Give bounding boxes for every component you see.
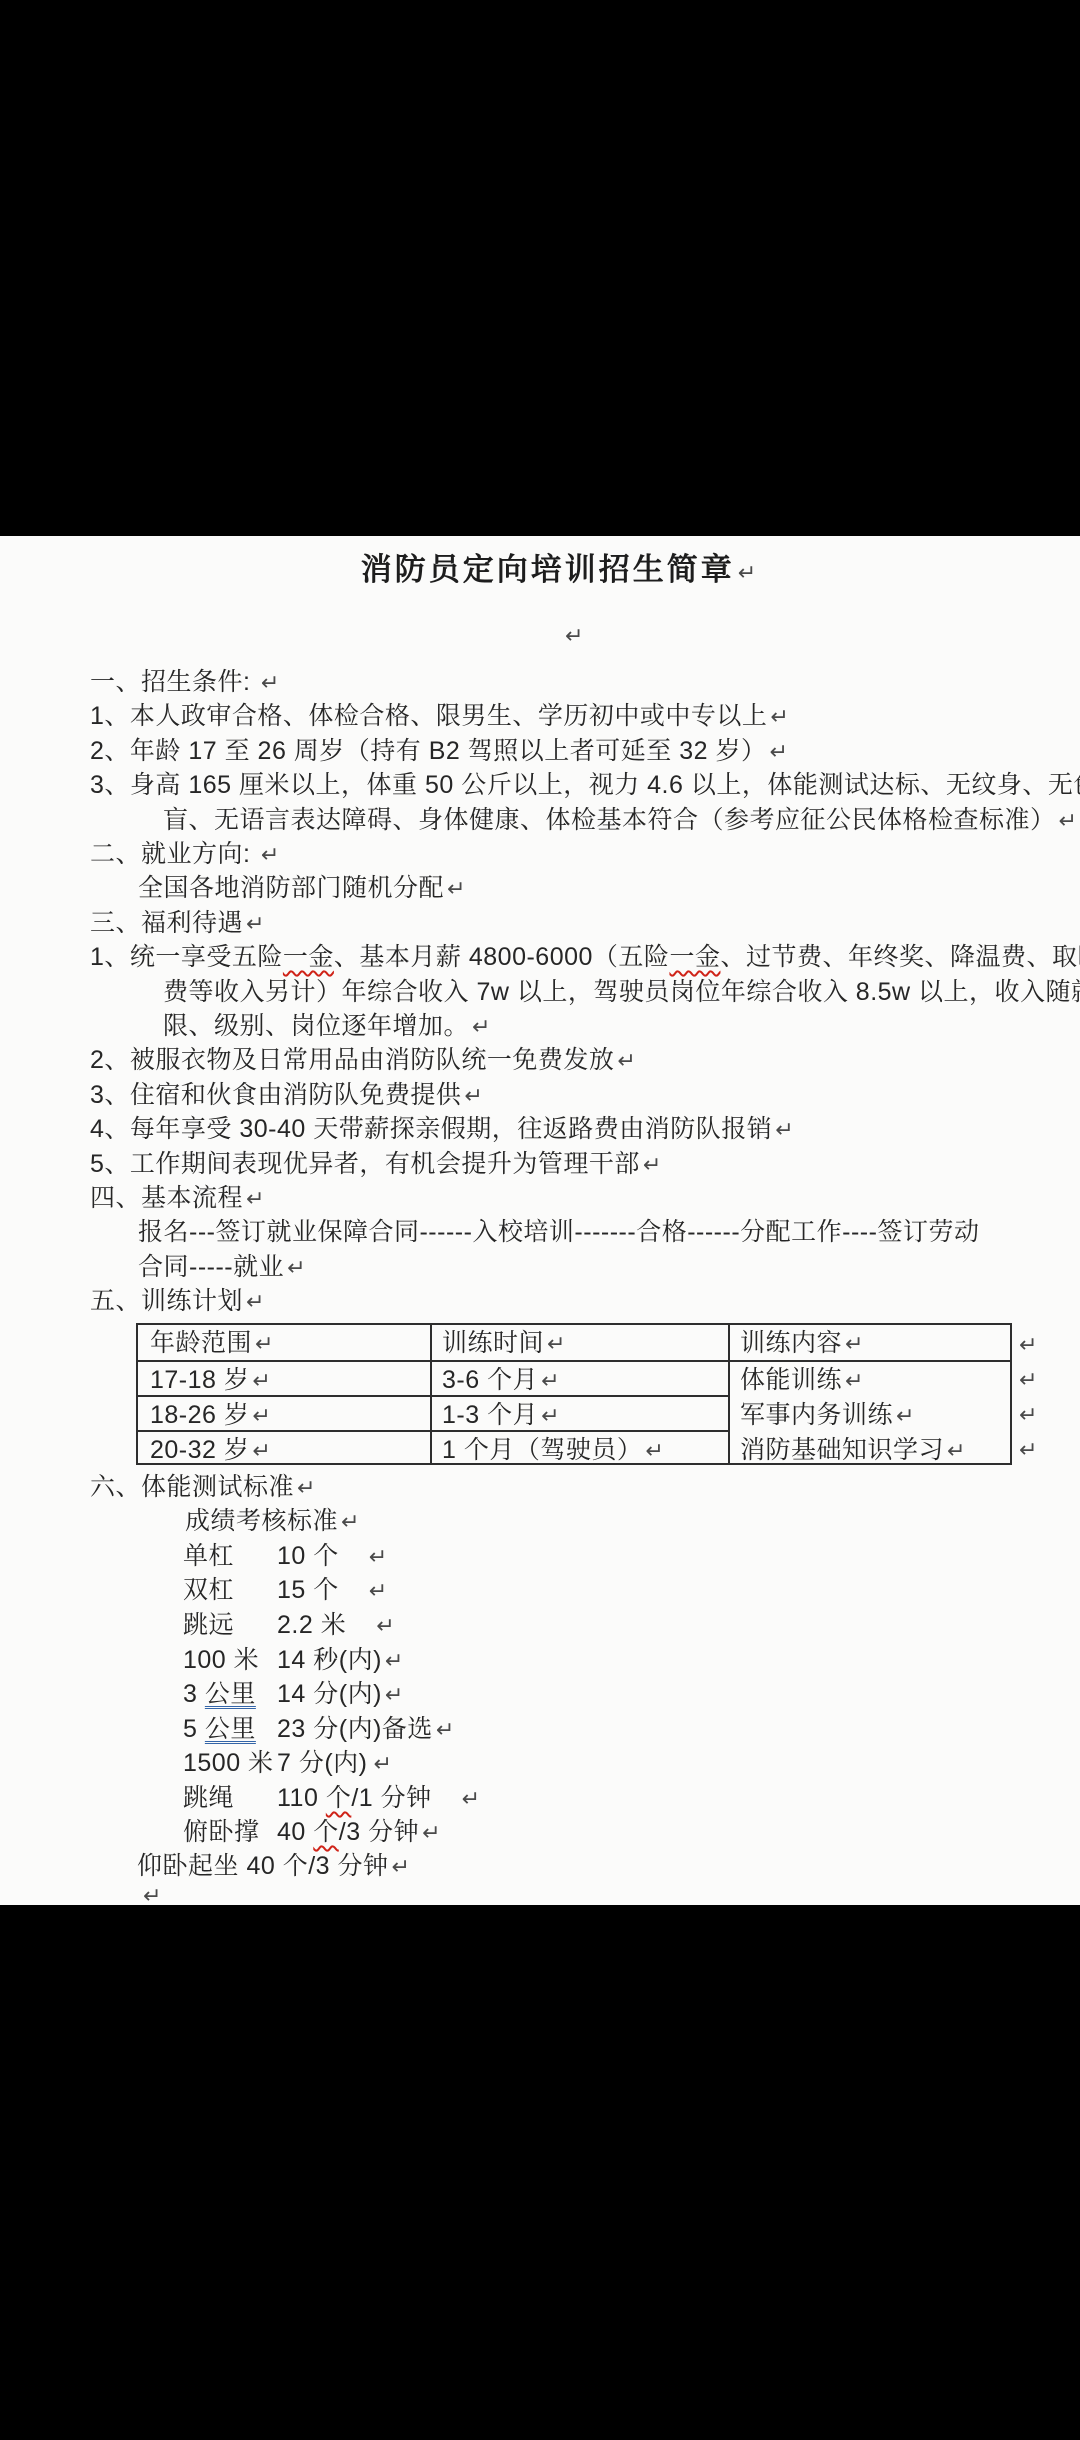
table-cell-text: 体能训练 [740, 1366, 842, 1394]
doc-line-text: 全国各地消防部门随机分配 [138, 874, 444, 902]
pilcrow-mark: ↵ [1016, 1402, 1038, 1427]
standard-name: 1500 米 [183, 1746, 277, 1780]
spellcheck-squiggle-text: 个 [313, 1818, 339, 1846]
standard-name: 单杠 [183, 1539, 277, 1573]
table-cell: 3-6 个月↵ [442, 1364, 560, 1397]
pilcrow-mark: ↵ [382, 1648, 404, 1673]
standard-name-text: 俯卧撑 [183, 1818, 260, 1846]
standard-value: 110 [277, 1784, 326, 1812]
table-merged-cell: 军事内务训练↵ [740, 1399, 915, 1432]
standard-name-text: 跳远 [183, 1611, 234, 1639]
pilcrow-mark: ↵ [433, 1717, 455, 1742]
table-header-cell: 年龄范围↵ [150, 1327, 274, 1360]
table-header-cell: 训练时间↵ [442, 1327, 566, 1360]
doc-line: 二、就业方向: ↵ [90, 837, 280, 872]
standard-item: 双杠15 个↵ [183, 1573, 388, 1608]
standard-name: 5 公里 [183, 1712, 277, 1746]
doc-line: 四、基本流程↵ [90, 1181, 265, 1216]
standard-value: 10 个 [277, 1542, 339, 1570]
doc-line-text: 六、体能测试标准 [90, 1473, 294, 1501]
doc-line: 3、身高 165 厘米以上，体重 50 公斤以上，视力 4.6 以上，体能测试达… [90, 768, 1080, 802]
table-cell-text: 军事内务训练 [740, 1401, 893, 1429]
page-title-text: 消防员定向培训招生简章 [361, 552, 735, 587]
standard-value: 14 秒(内) [277, 1646, 382, 1674]
doc-line-text: 、过节费、年终奖、降温费、取暖 [720, 943, 1080, 971]
pilcrow-mark: ↵ [1056, 808, 1078, 833]
pilcrow-mark: ↵ [538, 1403, 560, 1428]
pilcrow-mark: ↵ [243, 1186, 265, 1211]
document-page: 消防员定向培训招生简章↵ ↵ 一、招生条件: ↵ 1、本人政审合格、体检合格、限… [0, 536, 1080, 1905]
table-row-end-mark: ↵ [1016, 1432, 1038, 1467]
doc-line: 费等收入另计）年综合收入 7w 以上，驾驶员岗位年综合收入 8.5w 以上，收入… [163, 975, 1080, 1009]
pilcrow-mark: ↵ [562, 623, 584, 648]
table-cell: 1-3 个月↵ [442, 1399, 560, 1432]
table-cell: 20-32 岁↵ [150, 1434, 271, 1467]
doc-line: 2、年龄 17 至 26 周岁（持有 B2 驾照以上者可延至 32 岁）↵ [90, 734, 788, 769]
training-plan-table: 年龄范围↵ 训练时间↵ 训练内容↵ 17-18 岁↵ 3-6 个月↵ 18-26… [136, 1323, 1012, 1465]
standard-value: 2.2 米 [277, 1611, 346, 1639]
empty-paragraph: ↵ [562, 618, 584, 653]
standard-name: 跳远 [183, 1608, 277, 1642]
doc-line-text: 2、年龄 17 至 26 周岁（持有 B2 驾照以上者可延至 32 岁） [90, 737, 766, 765]
pilcrow-mark: ↵ [249, 1438, 271, 1463]
table-row-end-mark: ↵ [1016, 1362, 1038, 1397]
doc-line: 5、工作期间表现优异者，有机会提升为管理干部↵ [90, 1147, 662, 1182]
doc-line: 限、级别、岗位逐年增加。↵ [163, 1009, 491, 1044]
spellcheck-squiggle-text: 个 [326, 1784, 352, 1812]
pilcrow-mark: ↵ [294, 1475, 316, 1500]
table-merged-cell: 消防基础知识学习↵ [740, 1434, 966, 1467]
doc-line: 全国各地消防部门随机分配↵ [138, 871, 466, 906]
doc-line-text: 盲、无语言表达障碍、身体健康、体检基本符合（参考应征公民体格检查标准） [163, 806, 1056, 834]
doc-line-text: 5、工作期间表现优异者，有机会提升为管理干部 [90, 1150, 640, 1178]
table-cell: 18-26 岁↵ [150, 1399, 271, 1432]
doc-line-welfare: 1、统一享受五险一金、基本月薪 4800-6000（五险一金、过节费、年终奖、降… [90, 940, 1080, 974]
table-header-text: 训练时间 [442, 1329, 544, 1357]
pilcrow-mark: ↵ [461, 1083, 483, 1108]
pilcrow-mark: ↵ [944, 1438, 966, 1463]
doc-line-text: 三、福利待遇 [90, 909, 243, 937]
pilcrow-mark: ↵ [258, 670, 280, 695]
table-cell-text: 18-26 岁 [150, 1401, 249, 1429]
standard-item: 1500 米7 分(内)↵ [183, 1746, 392, 1781]
standard-item: 100 米14 秒(内)↵ [183, 1643, 404, 1678]
pilcrow-mark: ↵ [249, 1368, 271, 1393]
standard-name-text: 仰卧起坐 40 个/3 分钟 [137, 1852, 389, 1880]
table-cell-text: 1 个月（驾驶员） [442, 1436, 642, 1464]
standard-item: 5 公里23 分(内)备选↵ [183, 1712, 455, 1747]
standard-value: 40 [277, 1818, 313, 1846]
doc-line-text: 费等收入另计）年综合收入 7w 以上，驾驶员岗位年综合收入 8.5w 以上，收入… [163, 978, 1080, 1006]
doc-line: 五、训练计划↵ [90, 1284, 265, 1319]
standard-value: 14 分(内) [277, 1680, 382, 1708]
pilcrow-mark: ↵ [419, 1820, 441, 1845]
pilcrow-mark: ↵ [544, 1331, 566, 1356]
doc-line-text: 1、本人政审合格、体检合格、限男生、学历初中或中专以上 [90, 702, 767, 730]
table-row-end-mark: ↵ [1016, 1327, 1038, 1362]
doc-line-text: 合同-----就业 [138, 1253, 284, 1281]
table-header-text: 年龄范围 [150, 1329, 252, 1357]
table-row-end-mark: ↵ [1016, 1397, 1038, 1432]
doc-line-text: 1、统一享受五险 [90, 943, 283, 971]
spellcheck-squiggle-text: 一金 [283, 943, 334, 971]
standard-item: 俯卧撑40 个/3 分钟↵ [183, 1815, 441, 1850]
doc-line-text: 二、就业方向: [90, 840, 258, 868]
pilcrow-mark: ↵ [252, 1331, 274, 1356]
table-cell-text: 消防基础知识学习 [740, 1436, 944, 1464]
pilcrow-mark: ↵ [444, 876, 466, 901]
doc-line: 3、住宿和伙食由消防队免费提供↵ [90, 1078, 483, 1113]
pilcrow-mark: ↵ [842, 1331, 864, 1356]
pilcrow-mark: ↵ [368, 1751, 393, 1776]
pilcrow-mark: ↵ [258, 842, 280, 867]
doc-line-text: 四、基本流程 [90, 1184, 243, 1212]
table-header-cell: 训练内容↵ [740, 1327, 864, 1360]
pilcrow-mark: ↵ [346, 1613, 395, 1638]
standard-name: 俯卧撑 [183, 1815, 277, 1849]
pilcrow-mark: ↵ [735, 560, 759, 585]
table-cell-text: 20-32 岁 [150, 1436, 249, 1464]
standard-name-text: 跳绳 [183, 1784, 234, 1812]
doc-line-text: 五、训练计划 [90, 1287, 243, 1315]
table-cell-text: 3-6 个月 [442, 1366, 538, 1394]
standard-value: /1 分钟 [351, 1784, 431, 1812]
doc-line: 报名---签订就业保障合同------入校培训-------合格------分配… [138, 1215, 979, 1249]
pilcrow-mark: ↵ [284, 1255, 306, 1280]
pilcrow-mark: ↵ [766, 739, 788, 764]
doc-line: 三、福利待遇↵ [90, 906, 265, 941]
doc-line: 成绩考核标准↵ [185, 1504, 360, 1539]
standard-item: 3 公里14 分(内)↵ [183, 1677, 404, 1712]
doc-line: 4、每年享受 30-40 天带薪探亲假期，往返路费由消防队报销↵ [90, 1112, 794, 1147]
pilcrow-mark: ↵ [614, 1048, 636, 1073]
doc-line: 2、被服衣物及日常用品由消防队统一免费发放↵ [90, 1043, 636, 1078]
standard-name: 跳绳 [183, 1781, 277, 1815]
standard-name-text: 单杠 [183, 1542, 234, 1570]
table-border-horizontal [138, 1360, 1010, 1362]
standard-name-text: 5 [183, 1715, 205, 1743]
pilcrow-mark: ↵ [339, 1578, 388, 1603]
pilcrow-mark: ↵ [893, 1403, 915, 1428]
pilcrow-mark: ↵ [538, 1368, 560, 1393]
empty-paragraph: ↵ [140, 1878, 162, 1913]
standard-item: 跳绳110 个/1 分钟↵ [183, 1781, 481, 1816]
pilcrow-mark: ↵ [249, 1403, 271, 1428]
pilcrow-mark: ↵ [767, 704, 789, 729]
table-cell-text: 17-18 岁 [150, 1366, 249, 1394]
standard-name-text: 双杠 [183, 1576, 234, 1604]
table-header-text: 训练内容 [740, 1329, 842, 1357]
doc-line-text: 报名---签订就业保障合同------入校培训-------合格------分配… [138, 1218, 979, 1246]
doc-line: 盲、无语言表达障碍、身体健康、体检基本符合（参考应征公民体格检查标准）↵ [163, 803, 1077, 838]
pilcrow-mark: ↵ [772, 1117, 794, 1142]
pilcrow-mark: ↵ [469, 1014, 491, 1039]
table-cell-text: 1-3 个月 [442, 1401, 538, 1429]
pilcrow-mark: ↵ [642, 1438, 664, 1463]
pilcrow-mark: ↵ [382, 1682, 404, 1707]
doc-line: 合同-----就业↵ [138, 1250, 306, 1285]
pilcrow-mark: ↵ [389, 1854, 411, 1879]
pilcrow-mark: ↵ [1016, 1367, 1038, 1392]
doc-line-text: 一、招生条件: [90, 668, 258, 696]
doc-line-text: 、基本月薪 4800-6000（五险 [334, 943, 670, 971]
pilcrow-mark: ↵ [338, 1509, 360, 1534]
standard-value: 7 分(内) [277, 1749, 368, 1777]
page-title: 消防员定向培训招生简章↵ [0, 544, 1080, 589]
doc-line-text: 限、级别、岗位逐年增加。 [163, 1012, 469, 1040]
doc-line-text: 成绩考核标准 [185, 1507, 338, 1535]
doc-line-text: 3、身高 165 厘米以上，体重 50 公斤以上，视力 4.6 以上，体能测试达… [90, 771, 1080, 799]
pilcrow-mark: ↵ [339, 1544, 388, 1569]
pilcrow-mark: ↵ [640, 1152, 662, 1177]
pilcrow-mark: ↵ [243, 911, 265, 936]
standard-name-text: 3 [183, 1680, 205, 1708]
table-border-vertical [430, 1325, 432, 1463]
table-cell: 1 个月（驾驶员）↵ [442, 1434, 664, 1467]
pilcrow-mark: ↵ [432, 1786, 481, 1811]
pilcrow-mark: ↵ [1016, 1437, 1038, 1462]
standard-value: 23 分(内)备选 [277, 1715, 433, 1743]
doc-line: 1、本人政审合格、体检合格、限男生、学历初中或中专以上↵ [90, 699, 789, 734]
pilcrow-mark: ↵ [140, 1883, 162, 1908]
doc-line-text: 3、住宿和伙食由消防队免费提供 [90, 1081, 461, 1109]
standard-name: 双杠 [183, 1573, 277, 1607]
standard-value: /3 分钟 [339, 1818, 419, 1846]
standard-name-text: 100 米 [183, 1646, 259, 1674]
doc-line-text: 2、被服衣物及日常用品由消防队统一免费发放 [90, 1046, 614, 1074]
standard-item: 跳远2.2 米↵ [183, 1608, 395, 1643]
grammar-underline-text: 公里 [205, 1680, 256, 1708]
standard-name: 3 公里 [183, 1677, 277, 1711]
doc-line: 六、体能测试标准↵ [90, 1470, 316, 1505]
standard-item: 仰卧起坐 40 个/3 分钟↵ [137, 1849, 410, 1884]
grammar-underline-text: 公里 [205, 1715, 256, 1743]
spellcheck-squiggle-text: 一金 [669, 943, 720, 971]
table-merged-cell: 体能训练↵ [740, 1364, 864, 1397]
doc-line-text: 4、每年享受 30-40 天带薪探亲假期，往返路费由消防队报销 [90, 1115, 772, 1143]
pilcrow-mark: ↵ [842, 1368, 864, 1393]
standard-name-text: 1500 米 [183, 1749, 274, 1777]
standard-name: 100 米 [183, 1643, 277, 1677]
table-border-vertical [728, 1325, 730, 1463]
table-cell: 17-18 岁↵ [150, 1364, 271, 1397]
pilcrow-mark: ↵ [243, 1289, 265, 1314]
standard-value: 15 个 [277, 1576, 339, 1604]
standard-item: 单杠10 个↵ [183, 1539, 388, 1574]
doc-line: 一、招生条件: ↵ [90, 665, 280, 700]
pilcrow-mark: ↵ [1016, 1332, 1038, 1357]
